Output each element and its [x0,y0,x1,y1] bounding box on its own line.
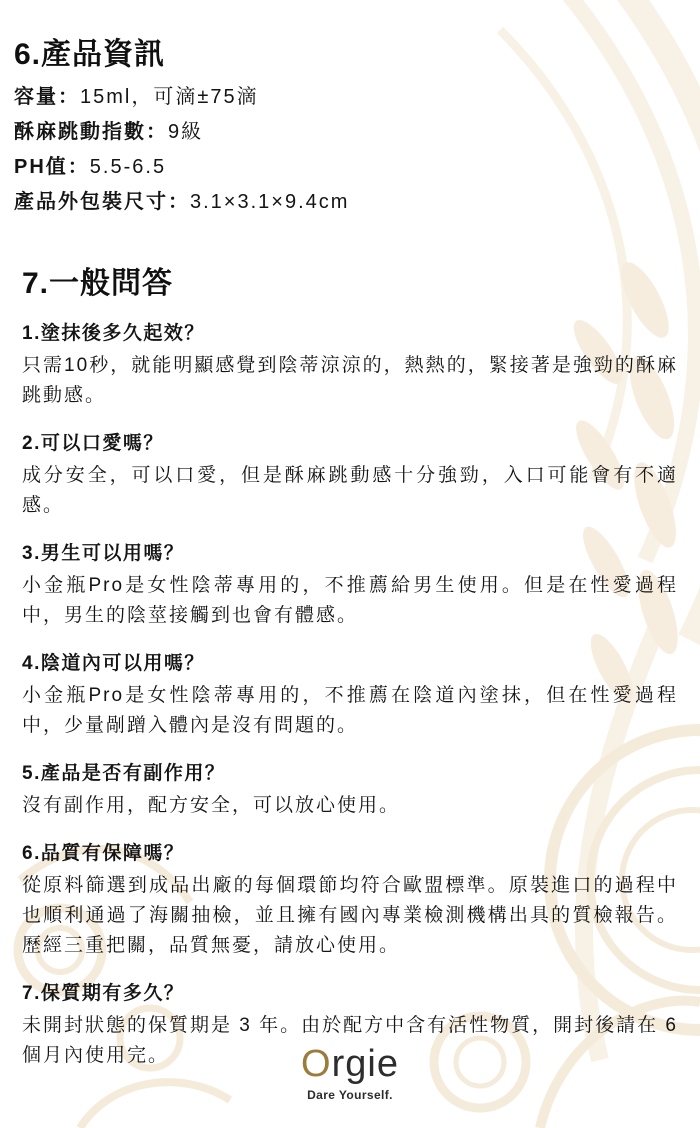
faq-answer: 成分安全，可以口愛，但是酥麻跳動感十分強勁，入口可能會有不適感。 [22,461,678,521]
brand-tagline: Dare Yourself. [0,1088,700,1102]
faq-answer: 小金瓶Pro是女性陰蒂專用的，不推薦給男生使用。但是在性愛過程中，男生的陰莖接觸… [22,571,678,631]
faq-answer: 只需10秒，就能明顯感覺到陰蒂涼涼的，熱熱的，緊接著是強勁的酥麻跳動感。 [22,351,678,411]
brand-logo-rest: rgie [332,1043,399,1085]
page: 6.產品資訊 容量：15ml，可滴±75滴 酥麻跳動指數：9級 PH值：5.5-… [0,0,700,1128]
info-label: 容量： [14,86,80,108]
info-label: PH值： [14,156,90,178]
brand-logo: Orgie [0,1042,700,1086]
info-value: 9級 [168,121,203,143]
info-label: 產品外包裝尺寸： [14,191,190,213]
info-label: 酥麻跳動指數： [14,121,168,143]
faq-section: 7.一般問答 1.塗抹後多久起效？ 只需10秒，就能明顯感覺到陰蒂涼涼的，熱熱的… [0,269,700,1071]
product-info-heading: 6.產品資訊 [14,40,686,70]
brand-footer: Orgie Dare Yourself. [0,1042,700,1102]
faq-question: 5.產品是否有副作用？ [22,761,678,787]
faq-answer: 從原料篩選到成品出廠的每個環節均符合歐盟標準。原裝進口的過程中也順利通過了海關抽… [22,871,678,961]
faq-item-6: 6.品質有保障嗎？ 從原料篩選到成品出廠的每個環節均符合歐盟標準。原裝進口的過程… [22,841,678,961]
faq-question: 6.品質有保障嗎？ [22,841,678,867]
faq-answer: 沒有副作用，配方安全，可以放心使用。 [22,791,678,821]
faq-heading: 7.一般問答 [22,269,678,299]
faq-answer: 小金瓶Pro是女性陰蒂專用的，不推薦在陰道內塗抹，但在性愛過程中，少量剮蹭入體內… [22,681,678,741]
info-line-package-size: 產品外包裝尺寸：3.1×3.1×9.4cm [14,192,686,212]
faq-question: 2.可以口愛嗎？ [22,431,678,457]
faq-item-2: 2.可以口愛嗎？ 成分安全，可以口愛，但是酥麻跳動感十分強勁，入口可能會有不適感… [22,431,678,521]
brand-logo-initial: O [301,1043,332,1085]
faq-item-5: 5.產品是否有副作用？ 沒有副作用，配方安全，可以放心使用。 [22,761,678,821]
info-line-capacity: 容量：15ml，可滴±75滴 [14,87,686,107]
page-content: 6.產品資訊 容量：15ml，可滴±75滴 酥麻跳動指數：9級 PH值：5.5-… [0,0,700,1071]
info-line-ph: PH值：5.5-6.5 [14,157,686,177]
faq-question: 1.塗抹後多久起效？ [22,321,678,347]
faq-item-3: 3.男生可以用嗎？ 小金瓶Pro是女性陰蒂專用的，不推薦給男生使用。但是在性愛過… [22,541,678,631]
faq-question: 4.陰道內可以用嗎？ [22,651,678,677]
faq-item-1: 1.塗抹後多久起效？ 只需10秒，就能明顯感覺到陰蒂涼涼的，熱熱的，緊接著是強勁… [22,321,678,411]
info-line-tingle-index: 酥麻跳動指數：9級 [14,122,686,142]
faq-question: 7.保質期有多久？ [22,981,678,1007]
info-value: 15ml，可滴±75滴 [80,86,259,108]
info-value: 3.1×3.1×9.4cm [190,191,349,213]
faq-question: 3.男生可以用嗎？ [22,541,678,567]
faq-item-4: 4.陰道內可以用嗎？ 小金瓶Pro是女性陰蒂專用的，不推薦在陰道內塗抹，但在性愛… [22,651,678,741]
info-value: 5.5-6.5 [90,156,166,178]
product-info-section: 6.產品資訊 容量：15ml，可滴±75滴 酥麻跳動指數：9級 PH值：5.5-… [0,0,700,212]
